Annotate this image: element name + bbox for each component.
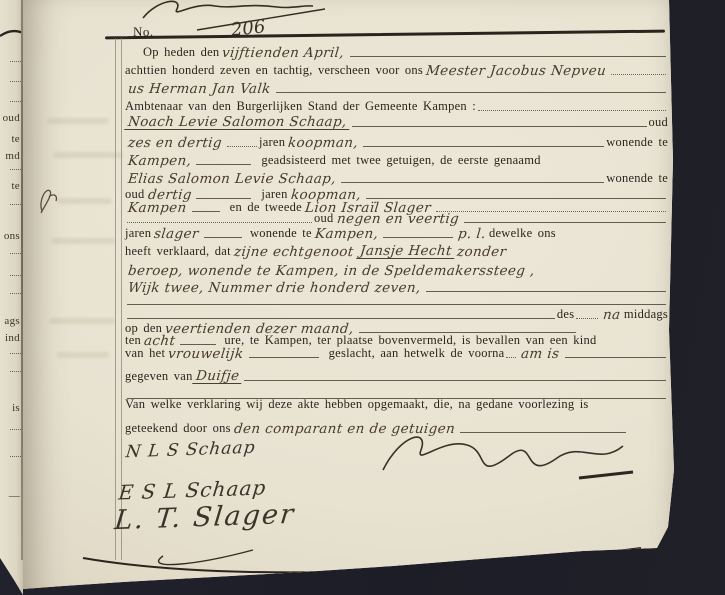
cutoff-dotted-line xyxy=(10,292,21,294)
handwritten-text: beroep, wonende te Kampen, in de Speldem… xyxy=(124,264,538,278)
ink-bleedthrough xyxy=(49,318,115,324)
printed-text: achttien honderd zeven en tachtig, versc… xyxy=(125,63,423,78)
document-scan: oudtemdteonsagsindis— No. 206 Op heden d… xyxy=(0,0,725,595)
margin-rule-outer xyxy=(115,38,116,560)
printed-text: jaren xyxy=(259,135,285,150)
handwritten-text: na xyxy=(600,308,625,322)
form-line: oud negen en veertig xyxy=(125,210,668,226)
handwritten-text: Kampen, xyxy=(124,154,195,168)
handwritten-text: koopman, xyxy=(284,136,362,150)
rule-fill xyxy=(426,291,666,292)
cutoff-dotted-line xyxy=(10,100,21,102)
ink-bleedthrough xyxy=(57,198,112,204)
rule-fill xyxy=(366,198,666,199)
printed-text: jaren xyxy=(125,226,151,241)
printed-text: middags xyxy=(624,307,668,322)
printed-text: wonende te xyxy=(250,226,312,241)
cutoff-dotted-line xyxy=(10,352,21,354)
printed-text: heeft verklaard, dat xyxy=(125,244,231,259)
dotted-fill xyxy=(127,222,312,223)
handwritten-text: Noach Levie Salomon Schaap, xyxy=(124,115,350,130)
handwritten-text: Meester Jacobus Nepveu xyxy=(422,64,610,78)
registrar-signature xyxy=(371,426,651,498)
handwritten-text: vijftienden April, xyxy=(219,46,349,60)
form-line: heeft verklaard, dat zijne echtgenoot Ja… xyxy=(125,243,668,259)
handwritten-text: veertienden dezer maand, xyxy=(161,322,357,336)
signature-declarant: N L S Schaap xyxy=(125,438,257,463)
previous-page-edge: oudtemdteonsagsindis— xyxy=(0,0,23,595)
previous-page-rule-end xyxy=(0,26,23,40)
rule-fill xyxy=(350,56,666,57)
ink-bleedthrough xyxy=(47,118,109,124)
rule-fill xyxy=(352,126,647,127)
cutoff-word: ags xyxy=(4,315,20,327)
printed-text: gegeven van xyxy=(125,369,193,384)
cutoff-dotted-line xyxy=(10,274,21,276)
dotted-fill xyxy=(576,318,598,319)
printed-text: Ambtenaar van den Burgerlijken Stand der… xyxy=(125,99,476,114)
cutoff-word: ons xyxy=(4,230,20,242)
dotted-fill xyxy=(506,357,516,358)
signature-flourish-sweep xyxy=(23,536,675,595)
dotted-fill xyxy=(227,146,257,147)
handwritten-text: Wijk twee, Nummer drie honderd zeven, xyxy=(124,281,424,295)
act-text-body: Op heden den vijftienden April,achttien … xyxy=(125,44,668,436)
form-line: jaren slagerwonende te Kampen,p. l. dewe… xyxy=(125,225,668,241)
handwritten-text: vrouwelijk xyxy=(164,347,247,361)
rule-fill xyxy=(359,332,576,333)
printed-text: oud xyxy=(649,115,669,130)
printed-text: geadsisteerd met twee getuigen, de eerst… xyxy=(261,153,540,168)
cutoff-dotted-line xyxy=(10,203,21,205)
handwritten-text: us Herman Jan Valk xyxy=(124,82,274,96)
handwritten-text: Kampen, xyxy=(311,227,382,241)
record-page: No. 206 Op heden den vijftienden April,a… xyxy=(23,0,675,595)
ink-bleedthrough xyxy=(51,238,115,244)
rule-fill xyxy=(565,357,666,358)
dotted-fill xyxy=(436,211,666,212)
printed-text: Van welke verklaring wij deze akte hebbe… xyxy=(125,397,589,412)
handwritten-text: Duifje xyxy=(192,369,243,384)
printed-text: geteekend door ons xyxy=(125,421,231,436)
handwritten-text: Elias Salomon Levie Schaap, xyxy=(124,172,339,186)
ink-bleedthrough xyxy=(53,152,123,158)
cutoff-word: md xyxy=(5,150,20,162)
cutoff-dotted-line xyxy=(10,455,21,457)
printed-text: Op heden den xyxy=(143,45,219,60)
handwritten-text: negen en veertig xyxy=(333,212,463,226)
rule-fill xyxy=(127,304,666,305)
rule-fill xyxy=(192,211,220,212)
cutoff-word: — xyxy=(9,490,20,502)
cutoff-word: oud xyxy=(3,112,20,124)
handwritten-text: zes en dertig xyxy=(124,136,225,150)
printed-text: wonende te xyxy=(606,135,668,150)
rule-fill xyxy=(244,380,666,381)
form-line: beroep, wonende te Kampen, in de Speldem… xyxy=(125,262,668,278)
handwritten-text: slager xyxy=(150,227,202,241)
handwritten-text: zonder xyxy=(454,245,511,259)
rule-fill xyxy=(196,198,251,199)
cutoff-dotted-line xyxy=(10,252,21,254)
cutoff-dotted-line xyxy=(10,80,21,82)
rule-fill xyxy=(341,182,604,183)
form-line: Ambtenaar van den Burgerlijken Stand der… xyxy=(125,98,668,114)
rule-fill xyxy=(180,344,216,345)
margin-mark xyxy=(36,183,62,217)
handwritten-text: am is xyxy=(518,347,564,361)
printed-text: des xyxy=(557,307,574,322)
cutoff-dotted-line xyxy=(10,370,21,372)
dotted-fill xyxy=(478,110,666,111)
form-line: achttien honderd zeven en tachtig, versc… xyxy=(125,62,668,78)
rule-fill xyxy=(127,398,666,399)
page-fold-crease xyxy=(21,0,23,560)
handwritten-text: Jansje Hecht xyxy=(356,244,455,259)
printed-text: dewelke ons xyxy=(489,226,556,241)
form-line: Op heden den vijftienden April, xyxy=(125,44,668,60)
cutoff-dotted-line xyxy=(10,60,21,62)
cutoff-word: is xyxy=(12,402,20,414)
dotted-fill xyxy=(611,74,666,75)
handwritten-text: zijne echtgenoot xyxy=(230,245,357,259)
cutoff-word: te xyxy=(11,180,20,192)
rule-fill xyxy=(464,222,666,223)
rule-fill xyxy=(363,146,604,147)
rule-fill xyxy=(383,237,453,238)
handwritten-text: p. l. xyxy=(454,227,489,241)
form-line: Elias Salomon Levie Schaap,wonende te xyxy=(125,170,668,186)
rule-fill xyxy=(127,318,555,319)
signature-witness-2: L. T. Slager xyxy=(113,499,297,536)
form-line: zes en dertigjaren koopman,wonende te xyxy=(125,134,668,150)
cutoff-word: te xyxy=(11,133,20,145)
cutoff-dotted-line xyxy=(10,428,21,430)
form-line: gegeven van Duifje xyxy=(125,368,668,384)
printed-text: geslacht, aan hetwelk de voorna xyxy=(329,346,505,361)
form-line: Noach Levie Salomon Schaap,oud xyxy=(125,114,668,130)
rule-fill xyxy=(204,237,242,238)
printed-text: wonende te xyxy=(606,171,668,186)
handwritten-text: Kampen xyxy=(124,201,190,215)
rule-fill xyxy=(196,164,251,165)
form-line: us Herman Jan Valk xyxy=(125,80,668,96)
form-line: Kampen,geadsisteerd met twee getuigen, d… xyxy=(125,152,668,168)
cutoff-word: ind xyxy=(5,332,20,344)
ink-bleedthrough xyxy=(57,352,109,358)
rule-fill xyxy=(276,92,666,93)
rule-fill xyxy=(249,357,319,358)
cutoff-dotted-line xyxy=(10,168,21,170)
